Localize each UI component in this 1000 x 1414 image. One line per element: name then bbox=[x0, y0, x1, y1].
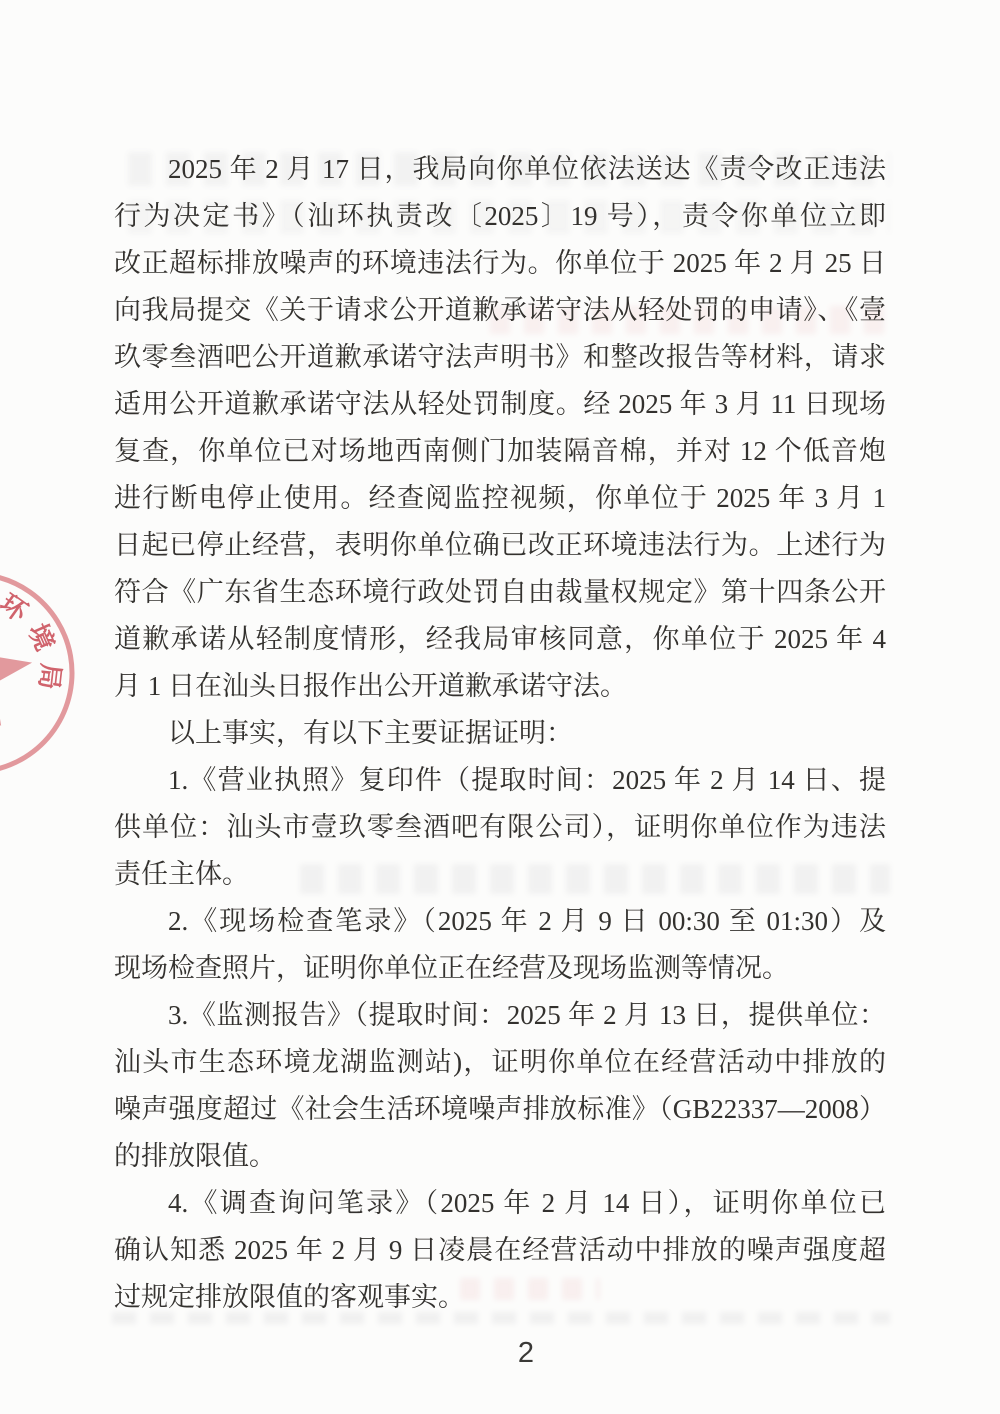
text-line: 的排放限值。 bbox=[114, 1133, 886, 1180]
document-page: 汕头市生态环境局 2025 年 2 月 17 日，我局向你单位依法送达《责令改正… bbox=[0, 0, 1000, 1414]
text-line: 向我局提交《关于请求公开道歉承诺守法从轻处罚的申请》、《壹 bbox=[114, 287, 886, 334]
text-line: 适用公开道歉承诺守法从轻处罚制度。经 2025 年 3 月 11 日现场 bbox=[114, 381, 886, 428]
text-line: 道歉承诺从轻制度情形，经我局审核同意，你单位于 2025 年 4 bbox=[114, 616, 886, 663]
text-line: 2.《现场检查笔录》（2025 年 2 月 9 日 00:30 至 01:30）… bbox=[114, 898, 886, 945]
page-number: 2 bbox=[26, 1337, 1000, 1370]
seal-ring bbox=[0, 558, 88, 787]
text-line: 确认知悉 2025 年 2 月 9 日凌晨在经营活动中排放的噪声强度超 bbox=[114, 1227, 886, 1274]
text-line: 现场检查照片，证明你单位正在经营及现场监测等情况。 bbox=[114, 945, 886, 992]
text-line: 玖零叁酒吧公开道歉承诺守法声明书》和整改报告等材料，请求 bbox=[114, 334, 886, 381]
text-line: 4.《调查询问笔录》（2025 年 2 月 14 日），证明你单位已 bbox=[114, 1180, 886, 1227]
text-line: 日起已停止经营，表明你单位确已改正环境违法行为。上述行为 bbox=[114, 522, 886, 569]
text-line: 改正超标排放噪声的环境违法行为。你单位于 2025 年 2 月 25 日 bbox=[114, 240, 886, 287]
text-line: 3.《监测报告》（提取时间：2025 年 2 月 13 日，提供单位： bbox=[114, 992, 886, 1039]
text-line: 汕头市生态环境龙湖监测站)，证明你单位在经营活动中排放的 bbox=[114, 1039, 886, 1086]
text-line: 噪声强度超过《社会生活环境噪声排放标准》（GB22337—2008） bbox=[114, 1086, 886, 1133]
text-line: 行为决定书》（汕环执责改〔2025〕19 号），责令你单位立即 bbox=[114, 193, 886, 240]
text-line: 1.《营业执照》复印件（提取时间：2025 年 2 月 14 日、提 bbox=[114, 757, 886, 804]
text-line: 过规定排放限值的客观事实。 bbox=[114, 1274, 886, 1321]
text-line: 进行断电停止使用。经查阅监控视频，你单位于 2025 年 3 月 1 bbox=[114, 475, 886, 522]
text-line: 供单位：汕头市壹玖零叁酒吧有限公司），证明你单位作为违法 bbox=[114, 804, 886, 851]
text-line: 责任主体。 bbox=[114, 851, 886, 898]
text-line: 复查，你单位已对场地西南侧门加装隔音棉，并对 12 个低音炮 bbox=[114, 428, 886, 475]
text-line: 月 1 日在汕头日报作出公开道歉承诺守法。 bbox=[114, 663, 886, 710]
text-line: 以上事实，有以下主要证据证明： bbox=[114, 710, 886, 757]
text-line: 符合《广东省生态环境行政处罚自由裁量权规定》第十四条公开 bbox=[114, 569, 886, 616]
seal-text: 汕头市生态环境局 bbox=[0, 566, 73, 732]
text-line: 2025 年 2 月 17 日，我局向你单位依法送达《责令改正违法 bbox=[114, 146, 886, 193]
document-body: 2025 年 2 月 17 日，我局向你单位依法送达《责令改正违法行为决定书》（… bbox=[114, 146, 886, 1321]
seal-star-icon bbox=[0, 606, 42, 737]
